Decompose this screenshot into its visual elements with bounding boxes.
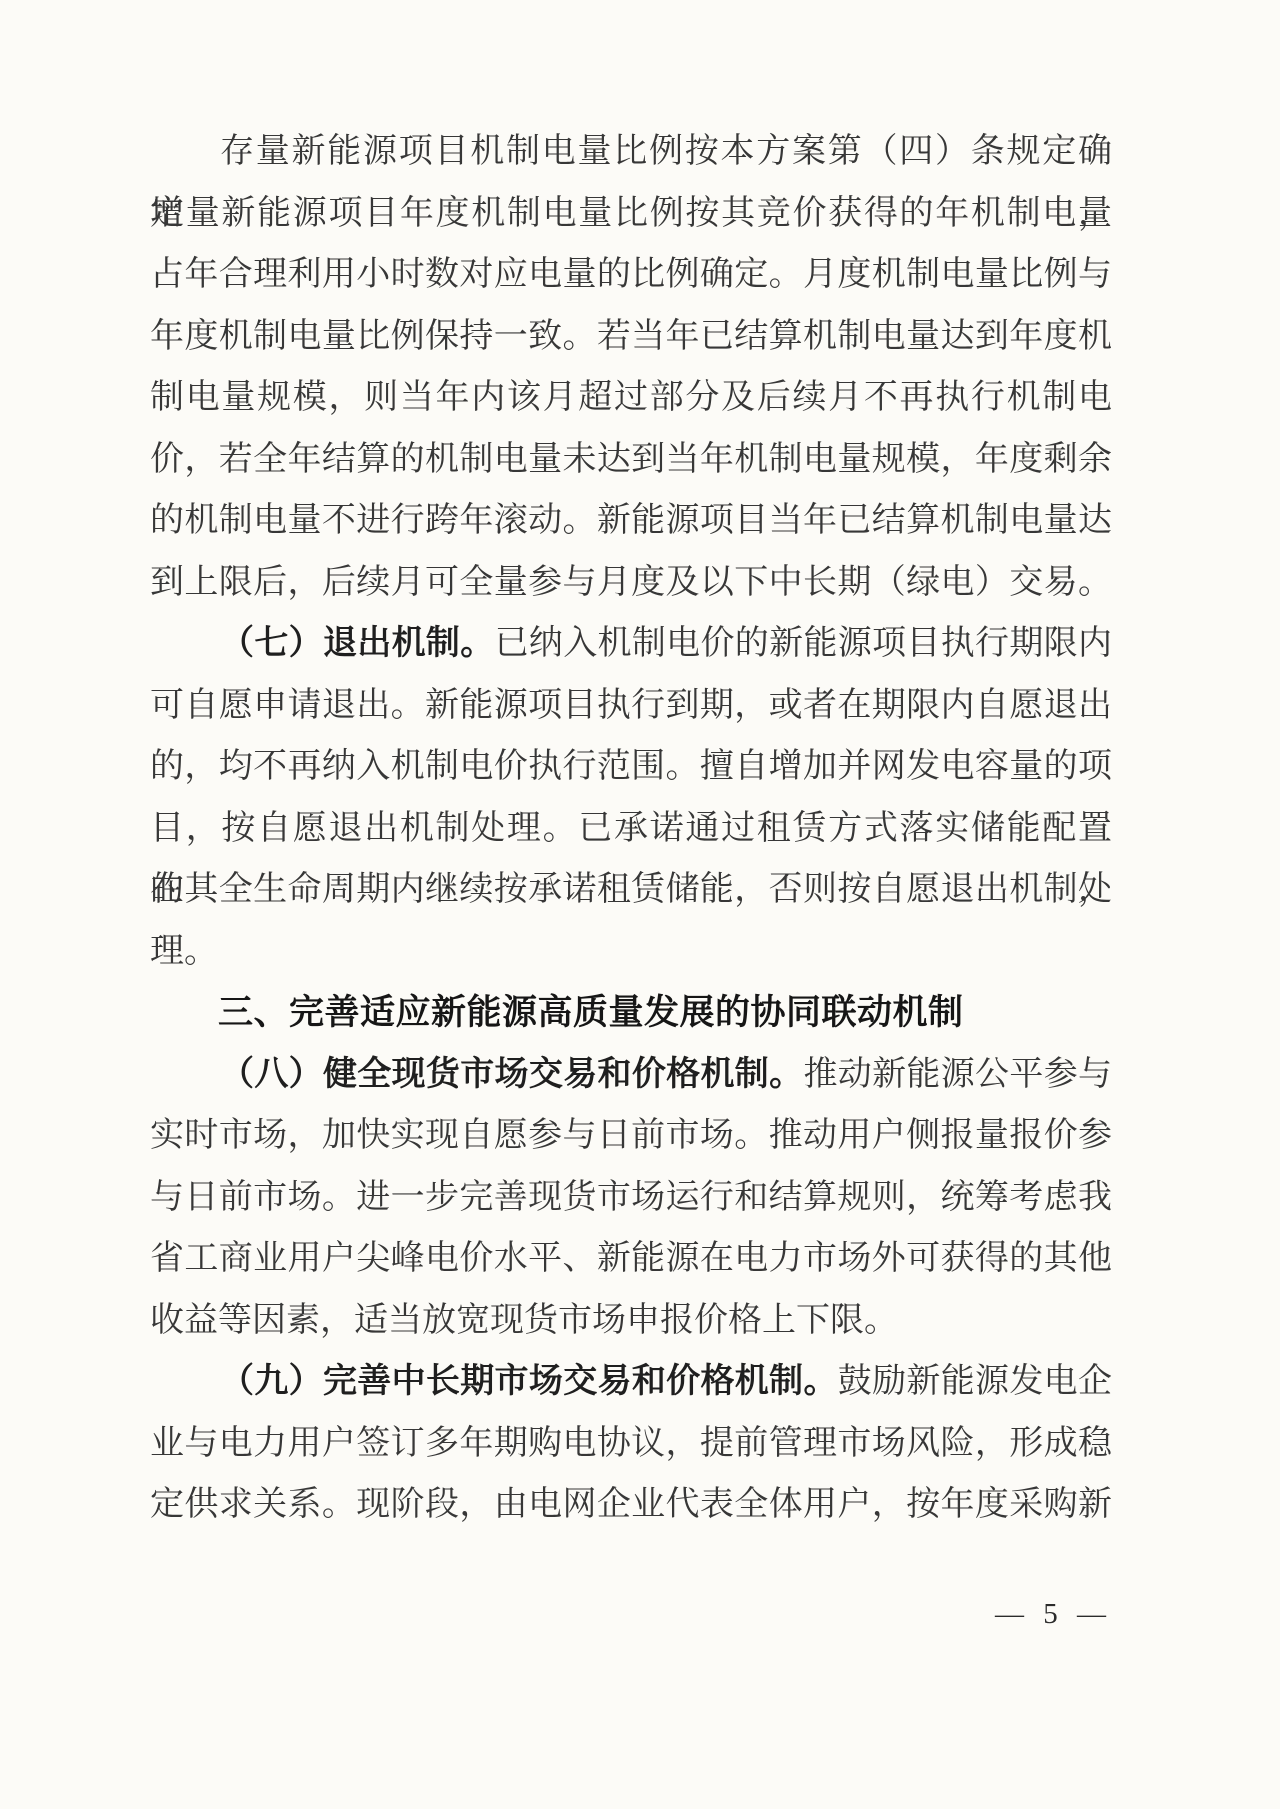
text-run: 价，若全年结算的机制电量未达到当年机制电量规模，年度剩余 <box>150 441 1112 478</box>
text-run: 省工商业用户尖峰电价水平、新能源在电力市场外可获得的其他 <box>150 1240 1112 1277</box>
text-run: 理。 <box>150 933 218 970</box>
text-run: 增量新能源项目年度机制电量比例按其竞价获得的年机制电量 <box>150 195 1112 232</box>
text-run: 年度机制电量比例保持一致。若当年已结算机制电量达到年度机 <box>150 318 1112 355</box>
text-run: 可自愿申请退出。新能源项目执行到期，或者在期限内自愿退出 <box>150 687 1112 724</box>
section-heading: 三、完善适应新能源高质量发展的协同联动机制 <box>150 982 1112 1044</box>
paragraph-line: （七）退出机制。已纳入机制电价的新能源项目执行期限内 <box>150 613 1112 675</box>
paragraph-line: 增量新能源项目年度机制电量比例按其竞价获得的年机制电量 <box>150 183 1112 245</box>
paragraph-line: 目，按自愿退出机制处理。已承诺通过租赁方式落实储能配置的， <box>150 798 1112 860</box>
page-number: — 5 — <box>995 1593 1112 1635</box>
paragraph-line: 占年合理利用小时数对应电量的比例确定。月度机制电量比例与 <box>150 244 1112 306</box>
paragraph-line: 存量新能源项目机制电量比例按本方案第（四）条规定确定， <box>150 121 1112 183</box>
document-body: 存量新能源项目机制电量比例按本方案第（四）条规定确定， 增量新能源项目年度机制电… <box>150 121 1112 1536</box>
text-run: 在其全生命周期内继续按承诺租赁储能，否则按自愿退出机制处 <box>150 871 1112 908</box>
paragraph-line: 实时市场，加快实现自愿参与日前市场。推动用户侧报量报价参 <box>150 1105 1112 1167</box>
item-title-run: （八）健全现货市场交易和价格机制。 <box>220 1056 803 1093</box>
text-run: 已纳入机制电价的新能源项目执行期限内 <box>495 625 1112 662</box>
text-run: 到上限后，后续月可全量参与月度及以下中长期（绿电）交易。 <box>150 564 1112 601</box>
paragraph-line: 到上限后，后续月可全量参与月度及以下中长期（绿电）交易。 <box>150 552 1112 614</box>
paragraph-line: 理。 <box>150 921 1112 983</box>
text-run: 制电量规模，则当年内该月超过部分及后续月不再执行机制电 <box>150 379 1112 416</box>
text-run: 业与电力用户签订多年期购电协议，提前管理市场风险，形成稳 <box>150 1425 1112 1462</box>
paragraph-line: 在其全生命周期内继续按承诺租赁储能，否则按自愿退出机制处 <box>150 859 1112 921</box>
paragraph-line: 价，若全年结算的机制电量未达到当年机制电量规模，年度剩余 <box>150 429 1112 491</box>
text-run: 收益等因素，适当放宽现货市场申报价格上下限。 <box>150 1302 898 1339</box>
document-page: 存量新能源项目机制电量比例按本方案第（四）条规定确定， 增量新能源项目年度机制电… <box>0 0 1280 1809</box>
text-run: 的，均不再纳入机制电价执行范围。擅自增加并网发电容量的项 <box>150 748 1112 785</box>
paragraph-line: 业与电力用户签订多年期购电协议，提前管理市场风险，形成稳 <box>150 1413 1112 1475</box>
text-run: 与日前市场。进一步完善现货市场运行和结算规则，统筹考虑我 <box>150 1179 1112 1216</box>
paragraph-line: （八）健全现货市场交易和价格机制。推动新能源公平参与 <box>150 1044 1112 1106</box>
paragraph-line: 收益等因素，适当放宽现货市场申报价格上下限。 <box>150 1290 1112 1352</box>
paragraph-line: 省工商业用户尖峰电价水平、新能源在电力市场外可获得的其他 <box>150 1228 1112 1290</box>
text-run: 推动新能源公平参与 <box>803 1056 1112 1093</box>
paragraph-line: 定供求关系。现阶段，由电网企业代表全体用户，按年度采购新 <box>150 1474 1112 1536</box>
paragraph-line: （九）完善中长期市场交易和价格机制。鼓励新能源发电企 <box>150 1351 1112 1413</box>
paragraph-line: 可自愿申请退出。新能源项目执行到期，或者在期限内自愿退出 <box>150 675 1112 737</box>
text-run: 鼓励新能源发电企 <box>838 1363 1112 1400</box>
text-run: 定供求关系。现阶段，由电网企业代表全体用户，按年度采购新 <box>150 1486 1112 1523</box>
text-run: 实时市场，加快实现自愿参与日前市场。推动用户侧报量报价参 <box>150 1117 1112 1154</box>
paragraph-line: 的，均不再纳入机制电价执行范围。擅自增加并网发电容量的项 <box>150 736 1112 798</box>
item-title-run: （七）退出机制。 <box>220 625 495 662</box>
item-title-run: （九）完善中长期市场交易和价格机制。 <box>220 1363 838 1400</box>
text-run: 占年合理利用小时数对应电量的比例确定。月度机制电量比例与 <box>150 256 1112 293</box>
paragraph-line: 与日前市场。进一步完善现货市场运行和结算规则，统筹考虑我 <box>150 1167 1112 1229</box>
paragraph-line: 的机制电量不进行跨年滚动。新能源项目当年已结算机制电量达 <box>150 490 1112 552</box>
paragraph-line: 制电量规模，则当年内该月超过部分及后续月不再执行机制电 <box>150 367 1112 429</box>
paragraph-line: 年度机制电量比例保持一致。若当年已结算机制电量达到年度机 <box>150 306 1112 368</box>
text-run: 的机制电量不进行跨年滚动。新能源项目当年已结算机制电量达 <box>150 502 1112 539</box>
